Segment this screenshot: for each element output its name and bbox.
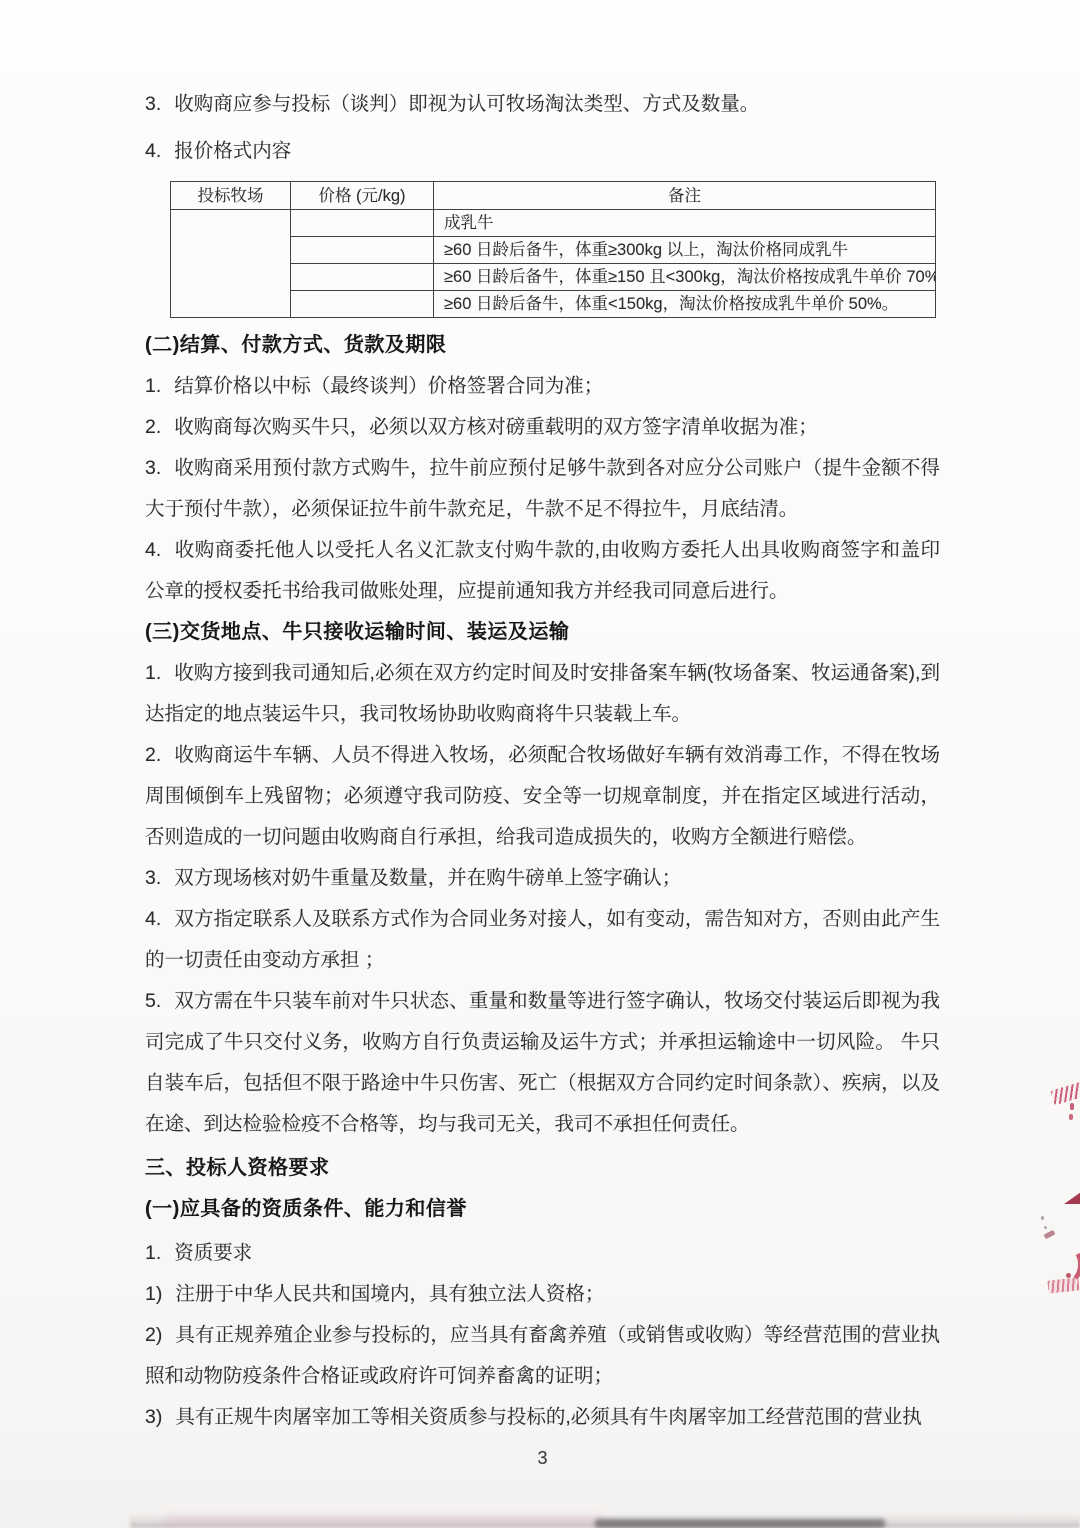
item-number: 2. [145,735,161,776]
list-item: 2.收购商运牛车辆、人员不得进入牧场，必须配合牧场做好车辆有效消毒工作，不得在牧… [145,735,940,858]
list-item: 4.收购商委托他人以受托人名义汇款支付购牛款的,由收购方委托人出具收购商签字和盖… [145,530,940,612]
table-cell-farm-blank [171,210,291,318]
item-text: 收购商委托他人以受托人名义汇款支付购牛款的,由收购方委托人出具收购商签字和盖印公… [145,539,940,602]
page-number: 3 [145,1438,940,1479]
item-text: 资质要求 [174,1242,252,1264]
item-number: 2) [145,1315,162,1356]
section-heading-settlement: (二)结算、付款方式、货款及期限 [145,325,940,366]
item-text: 双方需在牛只装车前对牛只状态、重量和数量等进行签字确认，牧场交付装运后即视为我司… [145,990,940,1135]
item-number: 4. [145,530,161,571]
red-stamp-fragment [1069,1114,1073,1120]
scanned-document-page: 3.收购商应参与投标（谈判）即视为认可牧场淘汰类型、方式及数量。 4.报价格式内… [0,0,1080,1528]
table-cell-price-blank [291,264,434,291]
item-text: 收购商采用预付款方式购牛，拉牛前应预付足够牛款到各对应分公司账户（提牛金额不得大… [145,457,940,520]
item-number: 3) [145,1397,162,1438]
red-stamp-fragment [1070,1103,1074,1110]
table-cell-remark: 成乳牛 [434,210,936,237]
item-number: 5. [145,981,161,1022]
list-item: 1.收购方接到我司通知后,必须在双方约定时间及时安排备案车辆(牧场备案、牧运通备… [145,653,940,735]
item-text: 具有正规牛肉屠宰加工等相关资质参与投标的,必须具有牛肉屠宰加工经营范围的营业执 [175,1406,921,1428]
table-cell-remark: ≥60 日龄后备牛，体重<150kg，淘汰价格按成乳牛单价 50%。 [434,291,936,318]
list-item: 1)注册于中华人民共和国境内，具有独立法人资格； [145,1274,940,1315]
list-item: 3)具有正规牛肉屠宰加工等相关资质参与投标的,必须具有牛肉屠宰加工经营范围的营业… [145,1397,940,1438]
subsection-heading-qualification: (一)应具备的资质条件、能力和信誉 [145,1189,940,1230]
table-cell-remark: ≥60 日龄后备牛，体重≥150 且<300kg，淘汰价格按成乳牛单价 70%。 [434,264,936,291]
list-item: 2.收购商每次购买牛只，必须以双方核对磅重载明的双方签字清单收据为准； [145,407,940,448]
item-number: 3. [145,858,161,899]
item-number: 3. [145,448,161,489]
table-header-price: 价格 (元/kg) [291,182,434,210]
item-text: 双方现场核对奶牛重量及数量，并在购牛磅单上签字确认； [174,867,681,889]
list-item: 2)具有正规养殖企业参与投标的，应当具有畜禽养殖（或销售或收购）等经营范围的营业… [145,1315,940,1397]
table-row: 成乳牛 [171,210,936,237]
list-item: 3.收购商采用预付款方式购牛，拉牛前应预付足够牛款到各对应分公司账户（提牛金额不… [145,448,940,530]
item-number: 1. [145,653,161,694]
list-item: 1.结算价格以中标（最终谈判）价格签署合同为准； [145,366,940,407]
document-body: 3.收购商应参与投标（谈判）即视为认可牧场淘汰类型、方式及数量。 4.报价格式内… [145,84,940,1479]
item-number: 1. [145,1233,161,1274]
table-cell-price-blank [291,291,434,318]
item-text: 具有正规养殖企业参与投标的，应当具有畜禽养殖（或销售或收购）等经营范围的营业执照… [145,1324,940,1387]
list-item: 4.双方指定联系人及联系方式作为合同业务对接人，如有变动，需告知对方，否则由此产… [145,899,940,981]
section-heading-delivery: (三)交货地点、牛只接收运输时间、装运及运输 [145,612,940,653]
item-text: 报价格式内容 [174,140,291,162]
item-text: 收购商应参与投标（谈判）即视为认可牧场淘汰类型、方式及数量。 [174,93,759,115]
item-text: 注册于中华人民共和国境内，具有独立法人资格； [175,1283,604,1305]
item-text: 双方指定联系人及联系方式作为合同业务对接人，如有变动，需告知对方，否则由此产生的… [145,908,940,971]
part-heading-bidder-qualification: 三、投标人资格要求 [145,1148,940,1189]
list-item: 1.资质要求 [145,1233,940,1274]
list-item: 5.双方需在牛只装车前对牛只状态、重量和数量等进行签字确认，牧场交付装运后即视为… [145,981,940,1145]
red-stamp-fragment [1043,1230,1055,1240]
quote-format-table: 投标牧场 价格 (元/kg) 备注 成乳牛 ≥60 日龄后备牛，体重≥300kg… [170,181,936,318]
table-header-remark: 备注 [434,182,936,210]
table-cell-price-blank [291,210,434,237]
scan-edge-smudge [165,1515,605,1527]
item-text: 收购商每次购买牛只，必须以双方核对磅重载明的双方签字清单收据为准； [174,416,818,438]
list-item: 3.双方现场核对奶牛重量及数量，并在购牛磅单上签字确认； [145,858,940,899]
scan-edge-next-page-text [595,1519,885,1528]
red-stamp-fragment [1047,1277,1079,1293]
item-number: 1) [145,1274,162,1315]
table-cell-remark: ≥60 日龄后备牛，体重≥300kg 以上，淘汰价格同成乳牛 [434,237,936,264]
list-item: 4.报价格式内容 [145,131,940,172]
scan-speck [1044,1226,1047,1229]
item-number: 1. [145,366,161,407]
table-header-row: 投标牧场 价格 (元/kg) 备注 [171,182,936,210]
item-number: 4. [145,899,161,940]
item-text: 结算价格以中标（最终谈判）价格签署合同为准； [174,375,603,397]
list-item: 3.收购商应参与投标（谈判）即视为认可牧场淘汰类型、方式及数量。 [145,84,940,125]
table-header-farm: 投标牧场 [171,182,291,210]
item-text: 收购方接到我司通知后,必须在双方约定时间及时安排备案车辆(牧场备案、牧运通备案)… [145,662,940,725]
item-number: 4. [145,131,161,172]
table-cell-price-blank [291,237,434,264]
red-stamp-fragment [1064,1192,1080,1204]
item-number: 3. [145,84,161,125]
item-text: 收购商运牛车辆、人员不得进入牧场，必须配合牧场做好车辆有效消毒工作，不得在牧场周… [145,744,940,848]
red-stamp-fragment [1051,1082,1080,1106]
item-number: 2. [145,407,161,448]
scan-speck [1041,1216,1044,1220]
